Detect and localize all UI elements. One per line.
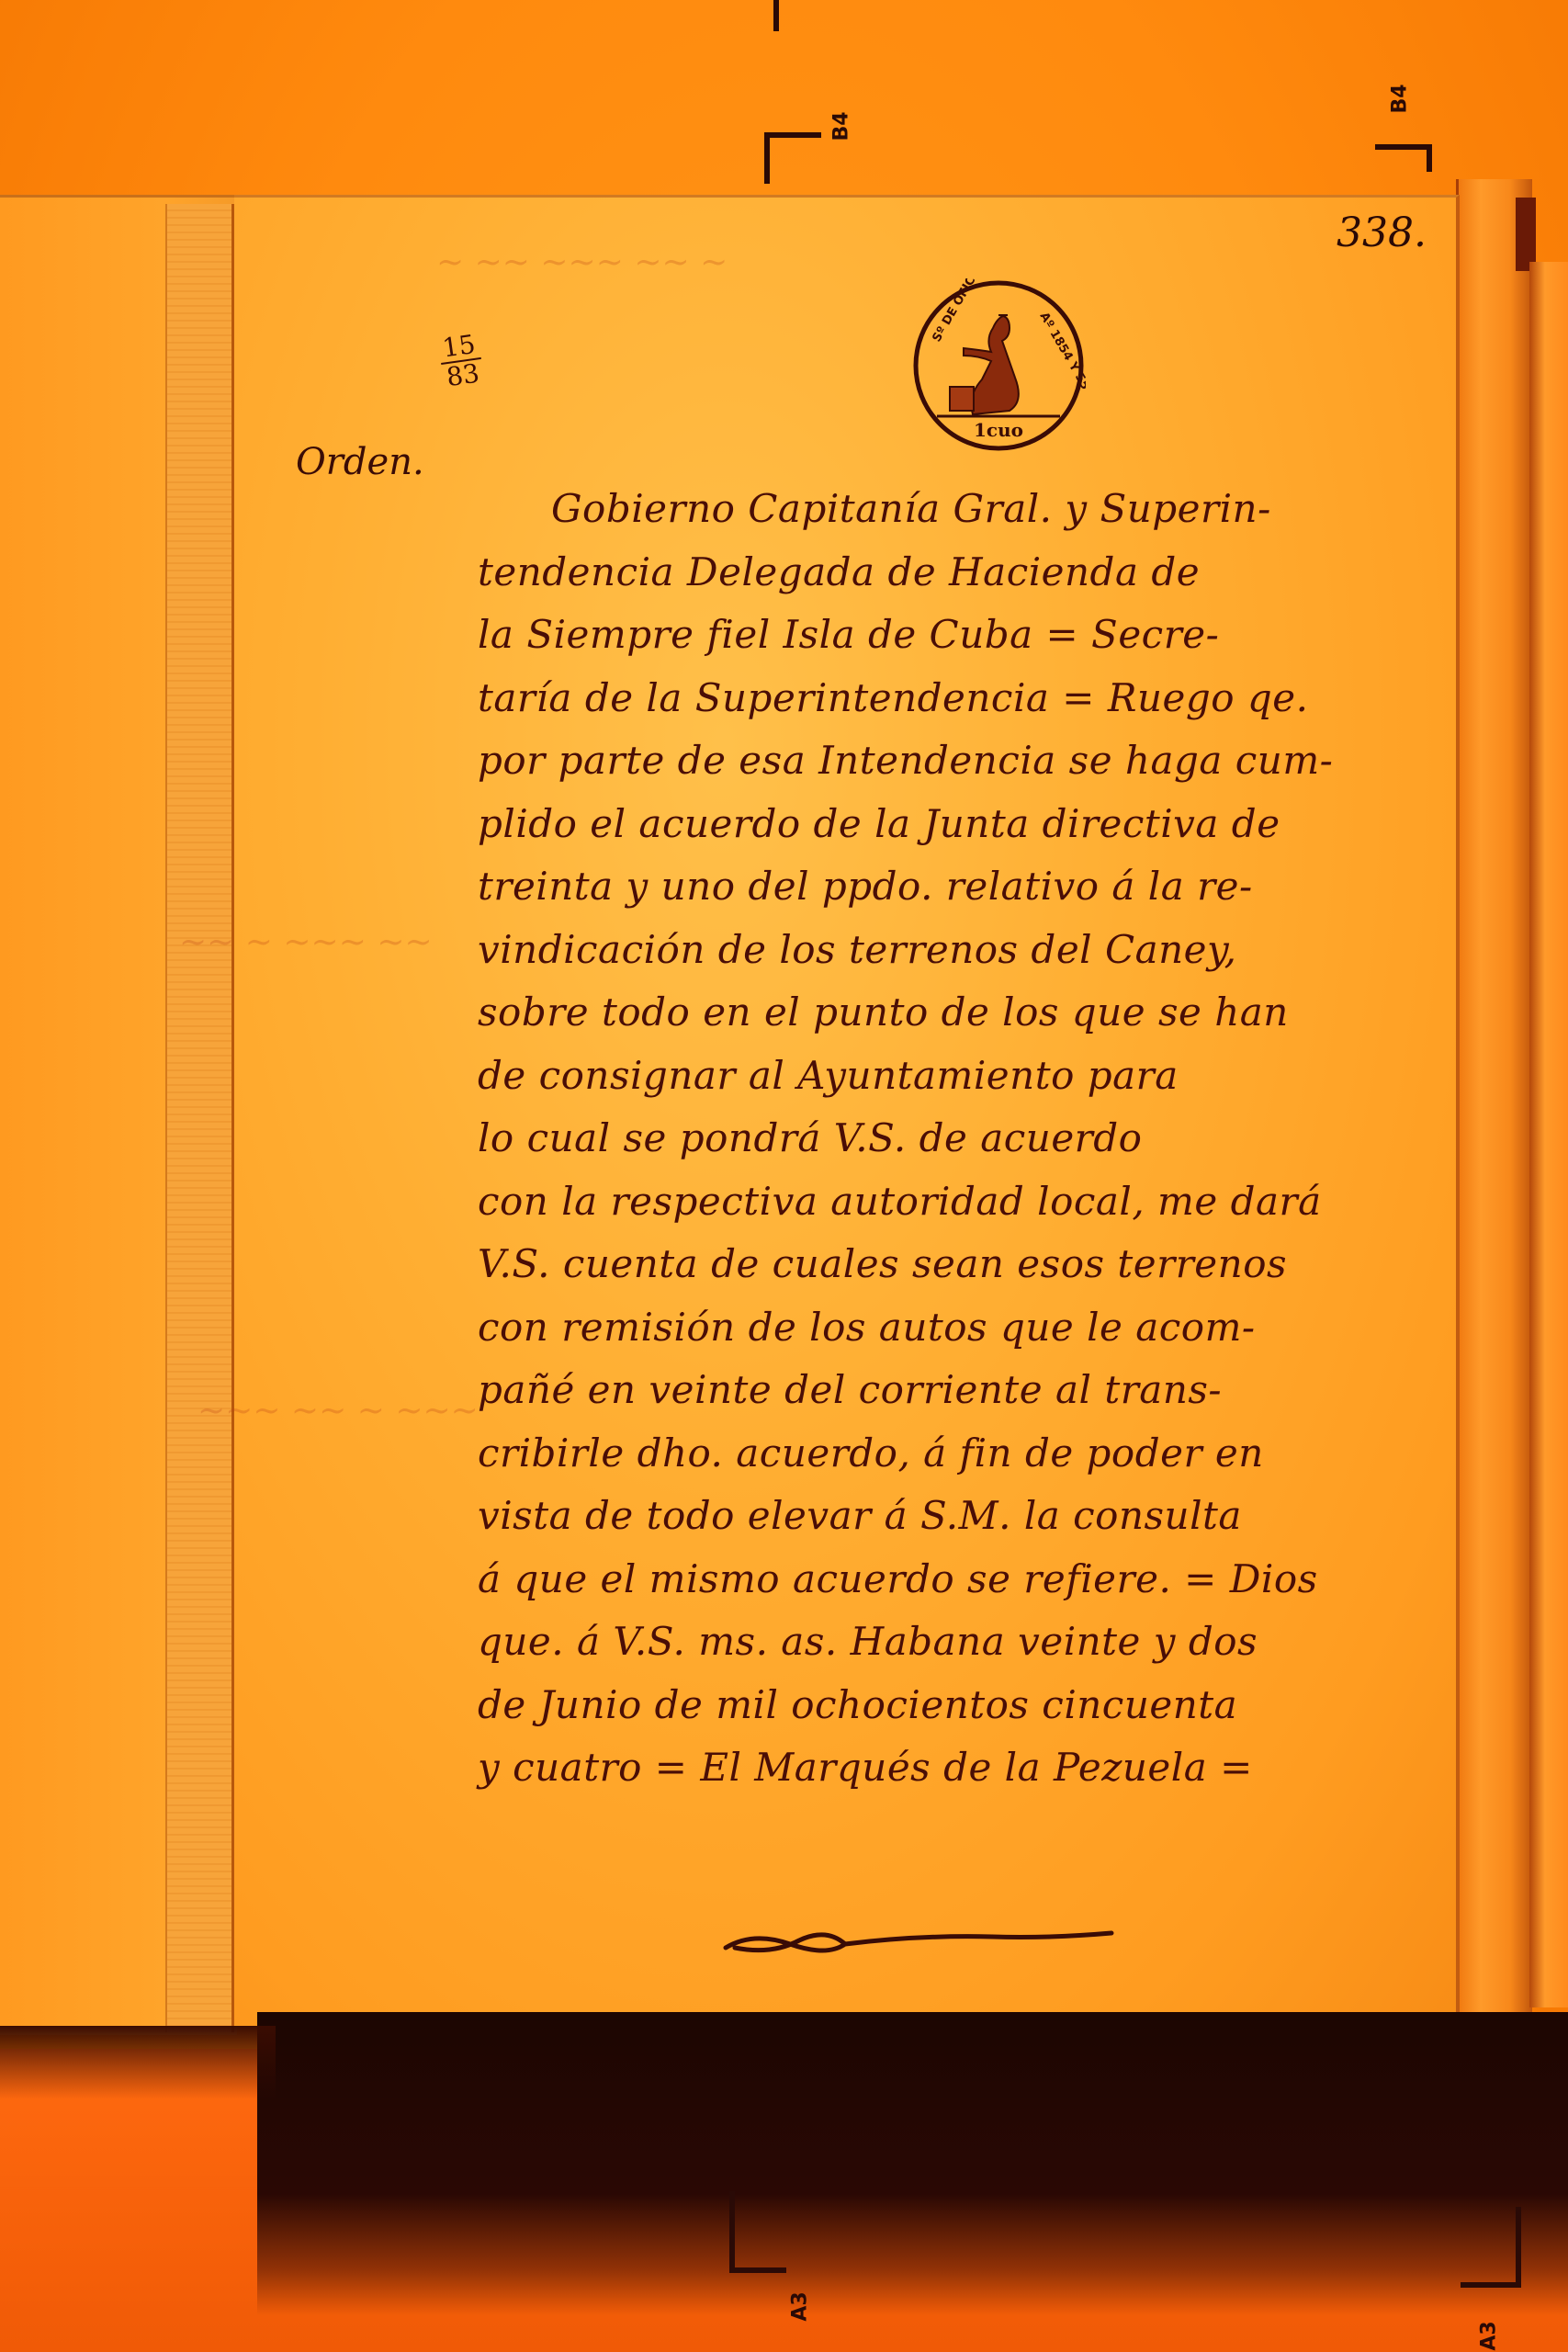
crop-mark-label: B4 xyxy=(1389,84,1412,113)
crop-mark-corner xyxy=(729,2191,735,2272)
bleed-through-text: ~~~ ~~ ~ ~~~ xyxy=(197,1392,479,1430)
crop-mark-corner xyxy=(1516,2207,1521,2286)
page-shadow xyxy=(257,2012,1568,2315)
text-line: vindicación de los terrenos del Caney, xyxy=(478,919,1286,982)
crop-mark-corner xyxy=(764,132,821,138)
book-spine-binding xyxy=(165,204,234,2032)
text-line: cribirle dho. acuerdo, á fin de poder en xyxy=(478,1422,1286,1486)
svg-text:1cuo: 1cuo xyxy=(974,419,1023,441)
text-line: vista de todo elevar á S.M. la consulta xyxy=(478,1485,1286,1548)
crop-mark-label: A3 xyxy=(789,2291,812,2321)
crop-mark-label: B4 xyxy=(830,111,853,141)
text-line: con remisión de los autos que le acom- xyxy=(478,1296,1286,1360)
page-shadow-left xyxy=(0,2026,276,2099)
text-line: la Siempre fiel Isla de Cuba = Secre- xyxy=(478,604,1286,667)
text-line: treinta y uno del ppdo. relativo á la re… xyxy=(478,855,1286,919)
crop-mark-corner xyxy=(729,2267,786,2273)
folio-number: 338. xyxy=(1337,209,1427,256)
text-line: y cuatro = El Marqués de la Pezuela = xyxy=(478,1736,1286,1800)
crop-mark-corner xyxy=(1461,2282,1521,2288)
crop-mark-corner xyxy=(764,132,770,184)
crop-mark-tick xyxy=(773,0,779,31)
text-line: sobre todo en el punto de los que se han xyxy=(478,981,1286,1045)
text-line: de Junio de mil ochocientos cincuenta xyxy=(478,1674,1286,1737)
text-line: á que el mismo acuerdo se refiere. = Dio… xyxy=(478,1548,1286,1611)
official-seal-stamp-icon: 1cuo Sº DE OFICIO Aº 1854 Y 55 xyxy=(911,278,1086,453)
reference-fraction: 15 83 xyxy=(437,330,485,391)
signature-flourish-icon xyxy=(716,1929,1121,1966)
page-stack-edge xyxy=(1456,179,1532,2026)
bleed-through-text: ~~ ~ ~~~ ~~ xyxy=(179,923,433,961)
text-line: con la respectiva autoridad local, me da… xyxy=(478,1170,1286,1234)
page-stack-edge-outer xyxy=(1529,262,1568,2007)
crop-mark-corner xyxy=(1427,144,1432,172)
text-line: de consignar al Ayuntamiento para xyxy=(478,1045,1286,1108)
text-line: tendencia Delegada de Hacienda de xyxy=(478,541,1286,605)
text-line: lo cual se pondrá V.S. de acuerdo xyxy=(478,1107,1286,1170)
margin-heading: Orden. xyxy=(296,441,424,483)
text-line: que. á V.S. ms. as. Habana veinte y dos xyxy=(478,1611,1286,1674)
text-line: Gobierno Capitanía Gral. y Superin- xyxy=(478,478,1286,541)
manuscript-body: Gobierno Capitanía Gral. y Superin- tend… xyxy=(478,478,1286,1800)
fraction-denominator: 83 xyxy=(445,358,481,393)
text-line: por parte de esa Intendencia se haga cum… xyxy=(478,729,1286,793)
text-line: V.S. cuenta de cuales sean esos terrenos xyxy=(478,1233,1286,1296)
crop-mark-label: A3 xyxy=(1478,2321,1501,2350)
text-line: pañé en veinte del corriente al trans- xyxy=(478,1359,1286,1422)
page-edge-tab xyxy=(1516,198,1536,271)
text-line: taría de la Superintendencia = Ruego qe. xyxy=(478,667,1286,730)
bleed-through-text: ~ ~~ ~~~ ~~ ~ xyxy=(436,243,728,281)
text-line: plido el acuerdo de la Junta directiva d… xyxy=(478,793,1286,856)
crop-mark-corner xyxy=(1375,144,1432,150)
